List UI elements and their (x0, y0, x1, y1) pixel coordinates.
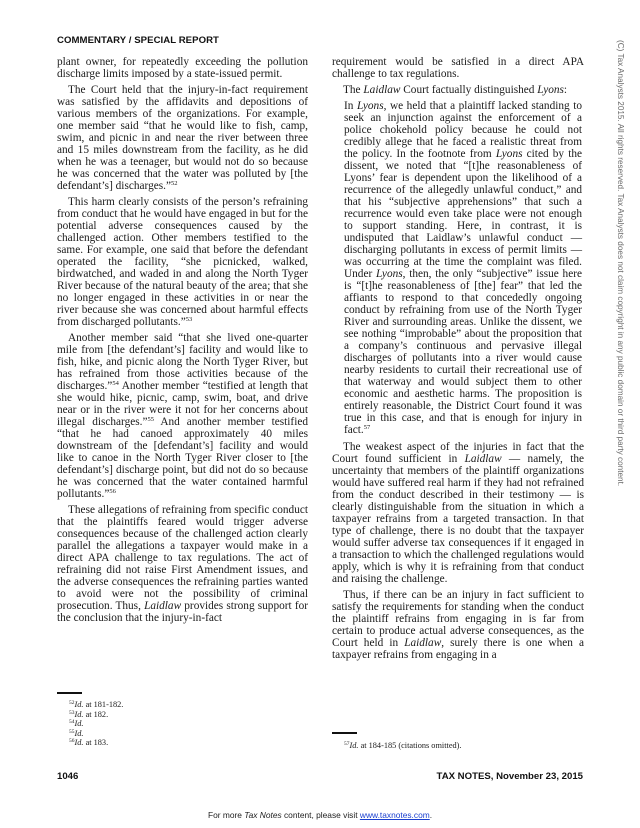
quote-text: In (344, 100, 357, 112)
footnote-text: at 184-185 (citations omitted). (359, 741, 462, 750)
case-name: Lyons (357, 100, 384, 112)
footnote-ref[interactable]: 56 (109, 488, 116, 495)
paragraph-text: The Court held that the injury-in-fact r… (57, 84, 308, 192)
case-name: Lyons (376, 268, 403, 280)
note-text: For more (208, 810, 244, 820)
footnote: 56Id. at 183. (57, 738, 123, 748)
paragraph-text: : (564, 84, 567, 96)
case-name: Lyons (496, 148, 523, 160)
issue-label: TAX NOTES, November 23, 2015 (437, 771, 583, 782)
website-link[interactable]: www.taxnotes.com (360, 810, 430, 820)
footnote: 55Id. (57, 729, 123, 739)
quote-text: cited by the dissent, we noted that “[t]… (344, 148, 582, 280)
footnotes-right: 57Id. at 184-185 (citations omitted). (332, 741, 462, 751)
footnote-id: Id. (75, 719, 84, 728)
paragraph-text: These allegations of refraining from spe… (57, 504, 308, 612)
website-note: For more Tax Notes content, please visit… (0, 810, 640, 820)
paragraph-text: And another member testified “that he ha… (57, 416, 308, 500)
footnote-id: Id. (350, 741, 359, 750)
footnote-id: Id. (75, 729, 84, 738)
copyright-notice: (C) Tax Analysts 2015. All rights reserv… (613, 40, 625, 520)
paragraph: The Court held that the injury-in-fact r… (57, 84, 308, 192)
case-name: Laidlaw (363, 84, 400, 96)
note-text: content, please visit (282, 810, 360, 820)
footnote-id: Id. (75, 700, 84, 709)
footnote-divider (57, 692, 82, 694)
publication-name: Tax Notes (244, 810, 281, 820)
paragraph: The weakest aspect of the injuries in fa… (332, 441, 584, 585)
footnote-divider (332, 732, 357, 734)
footnote: 53Id. at 182. (57, 710, 123, 720)
paragraph: These allegations of refraining from spe… (57, 504, 308, 624)
footnote-id: Id. (75, 738, 84, 747)
case-name: Laidlaw (465, 453, 502, 465)
paragraph-text: The (343, 84, 363, 96)
footnote-text: at 182. (84, 710, 109, 719)
section-header: COMMENTARY / SPECIAL REPORT (57, 35, 219, 46)
paragraph: The Laidlaw Court factually distinguishe… (332, 84, 584, 96)
paragraph-text: plant owner, for repeatedly exceeding th… (57, 56, 308, 80)
footnote: 57Id. at 184-185 (citations omitted). (332, 741, 462, 751)
paragraph-text: — namely, the uncertainty that members o… (332, 453, 584, 585)
footnote: 52Id. at 181-182. (57, 700, 123, 710)
right-column: requirement would be satisfied in a dire… (332, 56, 584, 665)
case-name: Laidlaw (404, 637, 441, 649)
footnotes-left: 52Id. at 181-182. 53Id. at 182. 54Id. 55… (57, 700, 123, 748)
left-column: plant owner, for repeatedly exceeding th… (57, 56, 308, 628)
footnote-ref[interactable]: 52 (171, 180, 178, 187)
case-name: Laidlaw (144, 600, 181, 612)
block-quote: In Lyons, we held that a plaintiff lacke… (344, 100, 582, 436)
footnote-id: Id. (75, 710, 84, 719)
footnote-ref[interactable]: 57 (364, 424, 371, 431)
note-text: . (430, 810, 432, 820)
footnote: 54Id. (57, 719, 123, 729)
footnote-text: at 181-182. (84, 700, 124, 709)
paragraph: This harm clearly consists of the person… (57, 196, 308, 328)
footnote-ref[interactable]: 53 (186, 316, 193, 323)
quote-text: , then, the only “subjective” issue here… (344, 268, 582, 436)
footnote-text: at 183. (84, 738, 109, 747)
paragraph: Another member said “that she lived one-… (57, 332, 308, 500)
paragraph: requirement would be satisfied in a dire… (332, 56, 584, 80)
case-name: Lyons (537, 84, 564, 96)
page-number: 1046 (57, 771, 78, 782)
paragraph: Thus, if there can be an injury in fact … (332, 589, 584, 661)
paragraph-text: This harm clearly consists of the person… (57, 196, 308, 328)
paragraph-text: requirement would be satisfied in a dire… (332, 56, 584, 80)
paragraph-text: Court factually distinguished (400, 84, 537, 96)
paragraph: plant owner, for repeatedly exceeding th… (57, 56, 308, 80)
